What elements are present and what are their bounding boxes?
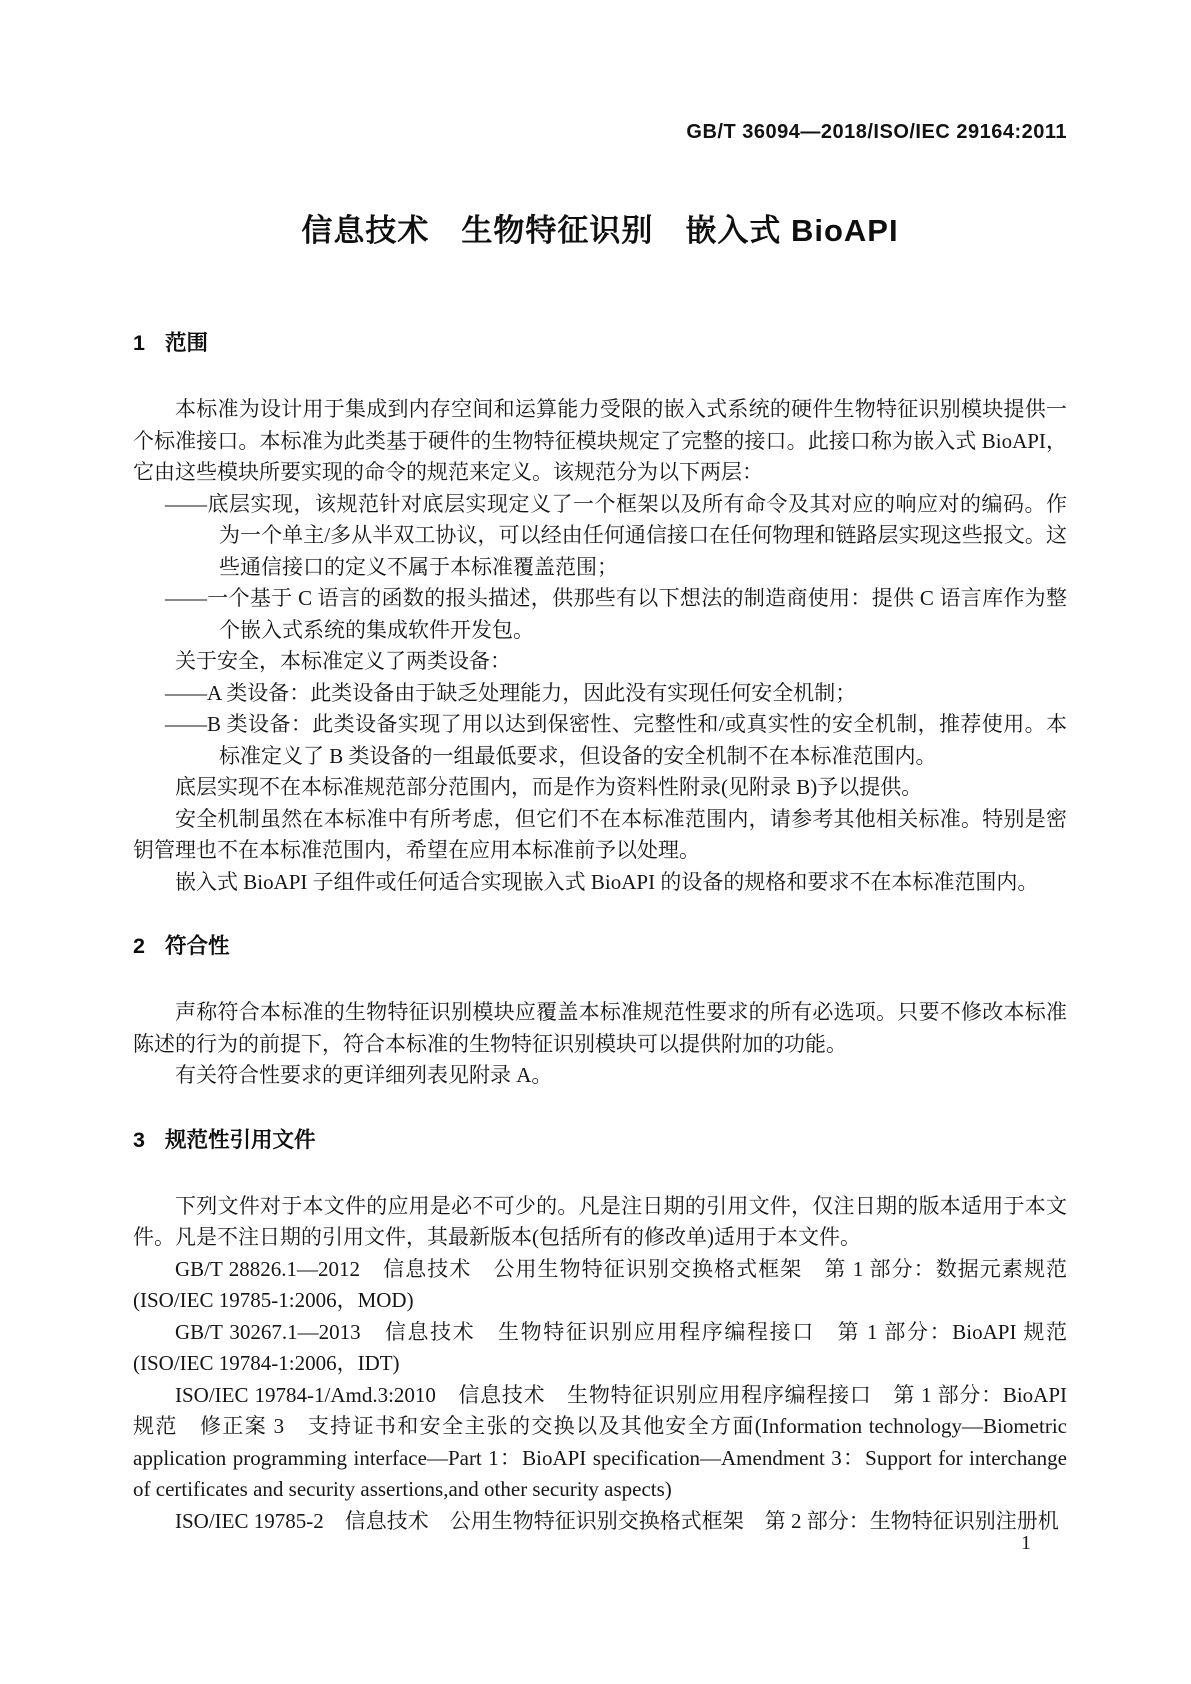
paragraph: 声称符合本标准的生物特征识别模块应覆盖本标准规范性要求的所有必选项。只要不修改本… <box>133 997 1067 1060</box>
section-heading: 3规范性引用文件 <box>133 1128 1067 1152</box>
paragraph: 嵌入式 BioAPI 子组件或任何适合实现嵌入式 BioAPI 的设备的规格和要… <box>133 867 1067 899</box>
paragraph: 关于安全，本标准定义了两类设备： <box>133 646 1067 678</box>
section-heading-text: 范围 <box>165 331 208 355</box>
paragraph: 下列文件对于本文件的应用是必不可少的。凡是注日期的引用文件，仅注日期的版本适用于… <box>133 1191 1067 1254</box>
section-3: 3规范性引用文件 下列文件对于本文件的应用是必不可少的。凡是注日期的引用文件，仅… <box>133 1128 1067 1538</box>
section-1: 1范围 本标准为设计用于集成到内存空间和运算能力受限的嵌入式系统的硬件生物特征识… <box>133 331 1067 898</box>
paragraph: ISO/IEC 19785-2 信息技术 公用生物特征识别交换格式框架 第 2 … <box>133 1506 1067 1538</box>
section-heading: 1范围 <box>133 331 1067 355</box>
section-number: 3 <box>133 1128 147 1152</box>
document-title: 信息技术 生物特征识别 嵌入式 BioAPI <box>133 213 1067 249</box>
paragraph: 有关符合性要求的更详细列表见附录 A。 <box>133 1060 1067 1092</box>
section-body: 声称符合本标准的生物特征识别模块应覆盖本标准规范性要求的所有必选项。只要不修改本… <box>133 997 1067 1092</box>
section-2: 2符合性 声称符合本标准的生物特征识别模块应覆盖本标准规范性要求的所有必选项。只… <box>133 934 1067 1092</box>
section-heading-text: 规范性引用文件 <box>165 1128 316 1152</box>
paragraph: 底层实现不在本标准规范部分范围内，而是作为资料性附录(见附录 B)予以提供。 <box>133 772 1067 804</box>
section-number: 1 <box>133 331 147 355</box>
paragraph: GB/T 30267.1—2013 信息技术 生物特征识别应用程序编程接口 第 … <box>133 1317 1067 1380</box>
section-number: 2 <box>133 934 147 958</box>
paragraph: 安全机制虽然在本标准中有所考虑，但它们不在本标准范围内，请参考其他相关标准。特别… <box>133 804 1067 867</box>
paragraph: GB/T 28826.1—2012 信息技术 公用生物特征识别交换格式框架 第 … <box>133 1254 1067 1317</box>
dash-list-item: ——B 类设备：此类设备实现了用以达到保密性、完整性和/或真实性的安全机制，推荐… <box>133 709 1067 772</box>
standard-code-header: GB/T 36094—2018/ISO/IEC 29164:2011 <box>133 121 1067 143</box>
section-body: 下列文件对于本文件的应用是必不可少的。凡是注日期的引用文件，仅注日期的版本适用于… <box>133 1191 1067 1538</box>
dash-list-item: ——一个基于 C 语言的函数的报头描述，供那些有以下想法的制造商使用：提供 C … <box>133 583 1067 646</box>
section-body: 本标准为设计用于集成到内存空间和运算能力受限的嵌入式系统的硬件生物特征识别模块提… <box>133 394 1067 898</box>
paragraph: 本标准为设计用于集成到内存空间和运算能力受限的嵌入式系统的硬件生物特征识别模块提… <box>133 394 1067 489</box>
document-page: GB/T 36094—2018/ISO/IEC 29164:2011 信息技术 … <box>0 0 1191 1684</box>
section-heading-text: 符合性 <box>165 934 230 958</box>
section-heading: 2符合性 <box>133 934 1067 958</box>
dash-list-item: ——A 类设备：此类设备由于缺乏处理能力，因此没有实现任何安全机制； <box>133 678 1067 710</box>
paragraph: ISO/IEC 19784-1/Amd.3:2010 信息技术 生物特征识别应用… <box>133 1380 1067 1506</box>
page-number: 1 <box>1021 1531 1031 1555</box>
sections: 1范围 本标准为设计用于集成到内存空间和运算能力受限的嵌入式系统的硬件生物特征识… <box>133 331 1067 1537</box>
dash-list-item: ——底层实现，该规范针对底层实现定义了一个框架以及所有命令及其对应的响应对的编码… <box>133 489 1067 584</box>
